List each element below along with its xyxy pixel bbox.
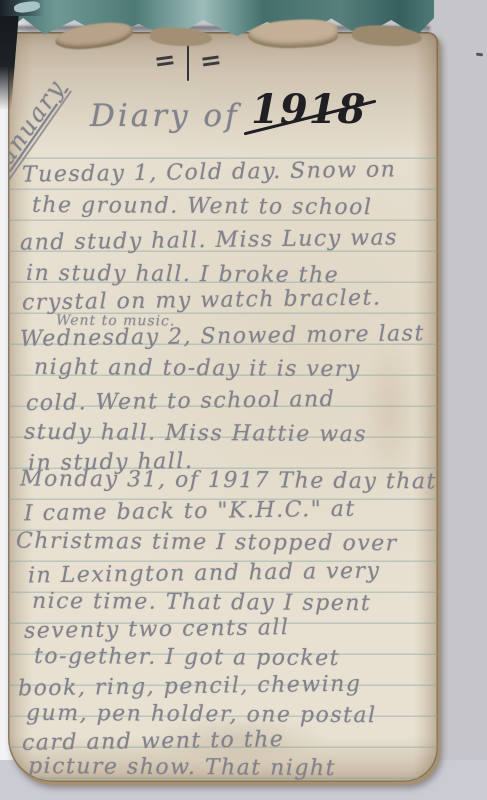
handwriting-line: night and to-day it is very	[34, 355, 361, 382]
handwriting-line: card and went to the	[22, 727, 285, 756]
handwriting-line: seventy two cents all	[24, 615, 290, 644]
background-speck	[476, 53, 483, 57]
handwriting-line: picture show. That night	[28, 754, 336, 781]
handwriting-line: in Lexington and had a very	[28, 559, 381, 589]
handwritten-entries: Tuesday 1, Cold day. Snow on the ground.…	[8, 32, 438, 782]
handwriting-line: in study hall. I broke the	[26, 261, 339, 288]
handwriting-line: Tuesday 1, Cold day. Snow on	[22, 157, 397, 187]
handwriting-line: crystal on my watch braclet.	[22, 285, 382, 315]
handwriting-line: Wednesday 2, Snowed more last	[20, 321, 425, 352]
handwriting-line: book, ring, pencil, chewing	[18, 672, 362, 702]
handwriting-line: study hall. Miss Hattie was	[24, 420, 367, 447]
handwriting-line: gum, pen holder, one postal	[26, 701, 377, 728]
diary-page: January = = Diary of 1918 Tuesday 1, Col…	[8, 32, 438, 782]
handwriting-line: to-gether. I got a pocket	[34, 644, 340, 671]
handwriting-line: the ground. Went to school	[32, 193, 373, 220]
handwriting-line: Monday 31, of 1917 The day that	[20, 467, 437, 495]
handwriting-line: and study hall. Miss Lucy was	[20, 225, 398, 255]
handwriting-line: Christmas time I stopped over	[16, 529, 398, 557]
scanned-photo: January = = Diary of 1918 Tuesday 1, Col…	[0, 0, 487, 800]
handwriting-line: nice time. That day I spent	[32, 589, 371, 616]
handwriting-line: cold. Went to school and	[26, 387, 336, 416]
handwriting-line: I came back to "K.H.C." at	[24, 497, 356, 527]
